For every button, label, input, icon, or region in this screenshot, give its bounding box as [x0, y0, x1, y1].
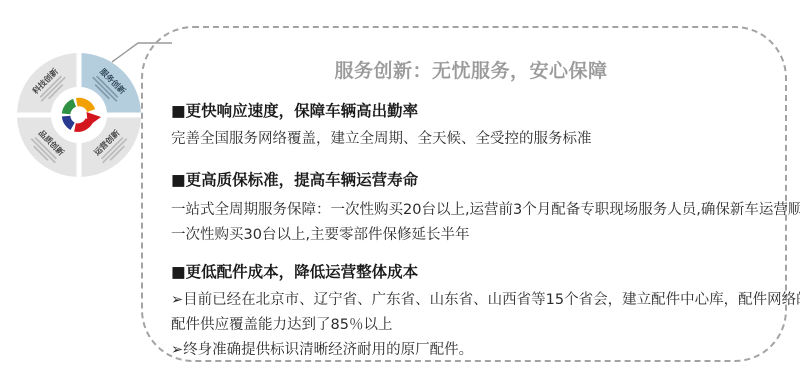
section-body-line: 完善全国服务网络覆盖，建立全周期、全天候、全受控的服务标准 — [171, 127, 771, 152]
section-parts-cost: ■更低配件成本，降低运营整体成本 ➢目前已经在北京市、辽宁省、广东省、山东省、山… — [171, 262, 771, 363]
innovation-ring-diagram: 科技创新 服务创新 品质创新 运营创新 — [14, 50, 144, 180]
section-heading: ■更低配件成本，降低运营整体成本 — [171, 262, 771, 282]
section-response-speed: ■更快响应速度，保障车辆高出勤率 完善全国服务网络覆盖，建立全周期、全天候、全受… — [171, 101, 771, 152]
service-innovation-panel: 服务创新：无忧服务，安心保障 ■更快响应速度，保障车辆高出勤率 完善全国服务网络… — [141, 26, 787, 362]
ring-inner-circle — [51, 87, 107, 143]
section-heading: ■更高质保标准，提高车辆运营寿命 — [171, 170, 771, 190]
section-body: ➢目前已经在北京市、辽宁省、广东省、山东省、山西省等15个省会，建立配件中心库，… — [171, 288, 771, 363]
section-warranty-standard: ■更高质保标准，提高车辆运营寿命 一站式全周期服务保障：一次性购买20台以上,运… — [171, 170, 771, 248]
panel-title: 服务创新：无忧服务，安心保障 — [171, 56, 771, 83]
section-body-line: 一站式全周期服务保障：一次性购买20台以上,运营前3个月配备专职现场服务人员,确… — [171, 198, 771, 223]
section-body-line: 配件供应覆盖能力达到了85％以上 — [171, 313, 771, 338]
section-heading: ■更快响应速度，保障车辆高出勤率 — [171, 101, 771, 121]
section-body: 一站式全周期服务保障：一次性购买20台以上,运营前3个月配备专职现场服务人员,确… — [171, 198, 771, 248]
section-body-line: 一次性购买30台以上,主要零部件保修延长半年 — [171, 223, 771, 248]
section-body-line: ➢终身准确提供标识清晰经济耐用的原厂配件。 — [171, 338, 771, 363]
section-body: 完善全国服务网络覆盖，建立全周期、全天候、全受控的服务标准 — [171, 127, 771, 152]
section-body-line: ➢目前已经在北京市、辽宁省、广东省、山东省、山西省等15个省会，建立配件中心库，… — [171, 288, 771, 313]
ring-diagram-svg: 科技创新 服务创新 品质创新 运营创新 — [14, 50, 144, 180]
